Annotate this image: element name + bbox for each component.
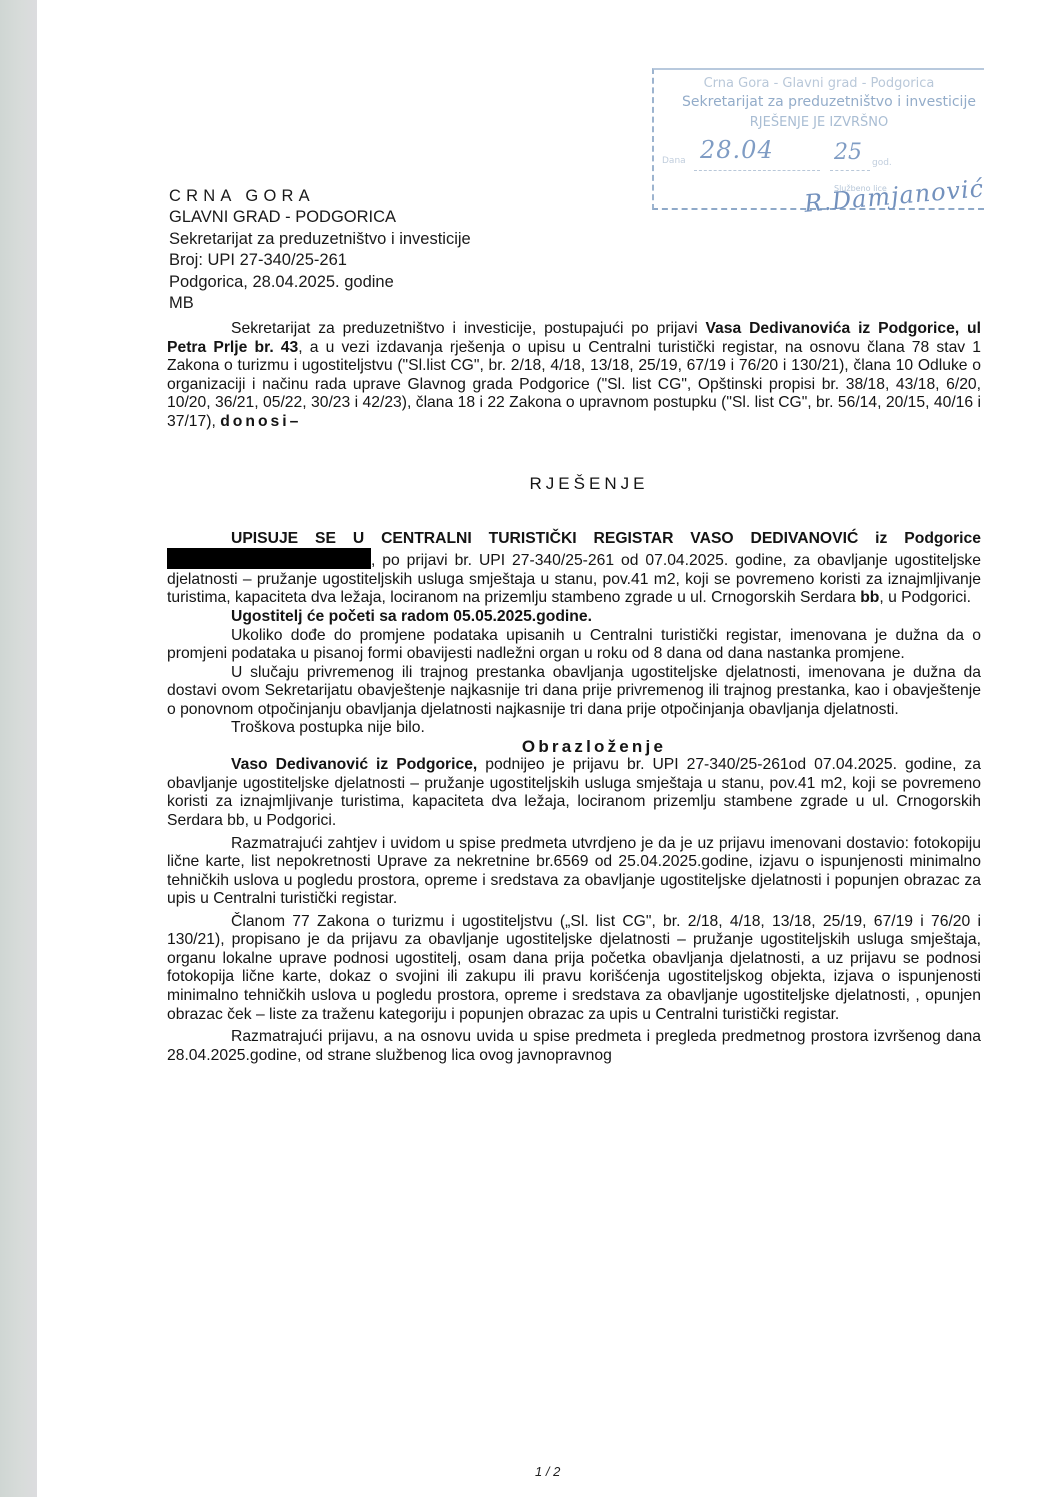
page-number: 1 / 2 — [535, 1464, 560, 1479]
document-body: Sekretarijat za preduzetništvo i investi… — [167, 320, 981, 1065]
document-number: Broj: UPI 27-340/25-261 — [169, 250, 471, 271]
reasoning-paragraph-4: Razmatrajući prijavu, a na osnovu uvida … — [167, 1028, 981, 1065]
stamp-year-line — [830, 170, 870, 171]
letterhead-city: GLAVNI GRAD - PODGORICA — [169, 207, 471, 228]
stamp-dana-label: Dana — [662, 156, 686, 166]
letterhead: CRNA GORA GLAVNI GRAD - PODGORICA Sekret… — [169, 186, 471, 314]
change-notice-paragraph: Ukoliko dođe do promjene podataka upisan… — [167, 627, 981, 664]
reasoning-paragraph-2: Razmatrajući zahtjev i uvidom u spise pr… — [167, 835, 981, 909]
stamp-signature: R.Damjanović — [803, 174, 985, 218]
reasoning-paragraph-3: Članom 77 Zakona o turizmu i ugostiteljs… — [167, 913, 981, 1024]
donosi-label: donosi– — [220, 413, 301, 430]
document-date: Podgorica, 28.04.2025. godine — [169, 272, 471, 293]
letterhead-country: CRNA GORA — [169, 186, 471, 207]
reasoning-paragraph-1: Vaso Dedivanović iz Podgorice, podnijeo … — [167, 756, 981, 830]
clerk-initials: MB — [169, 293, 471, 314]
letterhead-department: Sekretarijat za preduzetništvo i investi… — [169, 229, 471, 250]
decision-paragraph: UPISUJE SE U CENTRALNI TURISTIČKI REGIST… — [167, 530, 981, 608]
start-date-paragraph: Ugostitelj će početi sa radom 05.05.2025… — [167, 608, 981, 627]
stamp-date-line — [694, 170, 820, 171]
scan-edge-strip — [0, 0, 37, 1497]
costs-paragraph: Troškova postupka nije bilo. — [167, 719, 981, 738]
redacted-block — [167, 548, 371, 569]
decision-lead: UPISUJE SE U CENTRALNI TURISTIČKI REGIST… — [231, 530, 981, 547]
stamp-line-status: RJEŠENJE JE IZVRŠNO — [654, 115, 984, 130]
decision-title: RJEŠENJE — [167, 475, 981, 494]
executive-stamp: Crna Gora - Glavni grad - Podgorica Sekr… — [652, 68, 984, 210]
reasoning-title: Obrazloženje — [167, 738, 981, 757]
suspension-notice-paragraph: U slučaju privremenog ili trajnog presta… — [167, 664, 981, 720]
stamp-god-label: god. — [872, 158, 892, 168]
stamp-line-department: Sekretarijat za preduzetništvo i investi… — [674, 94, 984, 110]
stamp-handwritten-date: 28.04 — [700, 136, 774, 164]
stamp-handwritten-year: 25 — [834, 140, 862, 165]
stamp-line-authority: Crna Gora - Glavni grad - Podgorica — [654, 76, 984, 91]
intro-paragraph: Sekretarijat za preduzetništvo i investi… — [167, 320, 981, 431]
